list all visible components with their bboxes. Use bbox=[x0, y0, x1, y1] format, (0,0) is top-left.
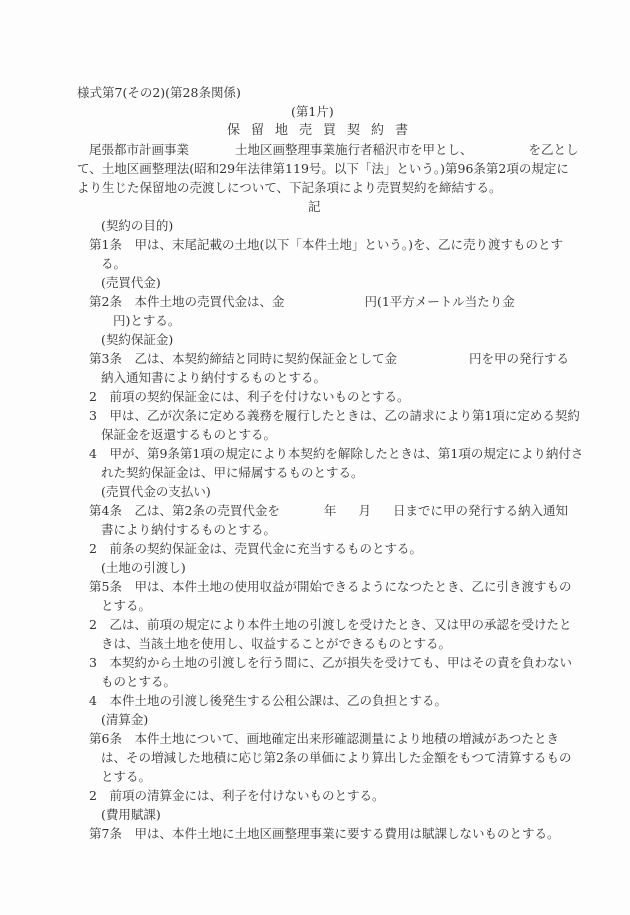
article-5-para-3-line-1: 3 本契約から土地の引渡しを行う間に、乙が損失を受けても、甲はその責を負わない bbox=[89, 653, 572, 672]
article-6-para-2: 2 前項の清算金には、利子を付けないものとする。 bbox=[89, 786, 384, 805]
piece-label: (第1片) bbox=[291, 102, 334, 121]
article-5-para-4: 4 本件土地の引渡し後発生する公租公課は、乙の負担とする。 bbox=[89, 691, 447, 710]
article-7-line-1: 第7条 甲は、本件土地に土地区画整理事業に要する費用は賦課しないものとする。 bbox=[89, 824, 559, 843]
article-3-para-2: 2 前項の契約保証金には、利子を付けないものとする。 bbox=[89, 387, 409, 406]
article-5-para-2-line-2: きは、当該土地を使用し、収益することができるものとする。 bbox=[101, 634, 451, 653]
intro-project: 尾張都市計画事業 bbox=[89, 142, 189, 157]
article-5-para-2-line-1: 2 乙は、前項の規定により本件土地の引渡しを受けたとき、又は甲の承認を受けたと bbox=[89, 615, 571, 634]
article-2-line-1: 第2条 本件土地の売買代金は、金円(1平方メートル当たり金 bbox=[89, 292, 515, 311]
article-3-para-3-line-1: 3 甲は、乙が次条に定める義務を履行したときは、乙の請求により第1項に定める契約 bbox=[89, 406, 580, 425]
article-4-caption: (売買代金の支払い) bbox=[101, 482, 211, 501]
document-page: 様式第7(その2)(第28条関係) (第1片) 保留地売買契約書 尾張都市計画事… bbox=[0, 0, 630, 915]
article-6-line-2: は、その増減した地積に応じ第2条の単価により算出した金額をもつて清算するもの bbox=[101, 748, 571, 767]
article-3-para-4-line-1: 4 甲が、第9条第1項の規定により本契約を解除したときは、第1項の規定により納付… bbox=[89, 444, 583, 463]
ki-heading: 記 bbox=[308, 197, 321, 216]
intro-party-b: を乙とし bbox=[529, 142, 579, 157]
article-3-caption: (契約保証金) bbox=[101, 330, 173, 349]
article-5-caption: (土地の引渡し) bbox=[101, 558, 186, 577]
article-6-line-3: とする。 bbox=[101, 767, 151, 786]
article-6-caption: (清算金) bbox=[101, 710, 148, 729]
intro-line-1: 尾張都市計画事業土地区画整理事業施行者稲沢市を甲とし、を乙とし bbox=[89, 140, 579, 159]
article-3-line-1: 第3条 乙は、本契約締結と同時に契約保証金として金円を甲の発行する bbox=[89, 349, 569, 368]
article-7-caption: (費用賦課) bbox=[101, 805, 161, 824]
article-4-month: 月 bbox=[358, 503, 371, 518]
article-2-price-label: 第2条 本件土地の売買代金は、金 bbox=[89, 294, 284, 309]
intro-line-3: より生じた保留地の売渡しについて、下記条項により売買契約を締結する。 bbox=[77, 178, 502, 197]
article-3-para-3-line-2: 保証金を返還するものとする。 bbox=[101, 425, 276, 444]
article-4-line-2: 書により納付するものとする。 bbox=[101, 520, 276, 539]
article-2-line-2: 円)とする。 bbox=[113, 311, 180, 330]
article-1-line-1: 第1条 甲は、末尾記載の土地(以下「本件土地」という。)を、乙に売り渡すものとす bbox=[89, 235, 563, 254]
article-3-line-2: 納入通知書により納付するものとする。 bbox=[101, 368, 326, 387]
article-4-day-suffix: 日までに甲の発行する納入通知 bbox=[393, 503, 568, 518]
document-title: 保留地売買契約書 bbox=[227, 121, 419, 140]
article-5-line-2: とする。 bbox=[101, 596, 151, 615]
article-1-caption: (契約の目的) bbox=[101, 216, 173, 235]
article-3-deposit-suffix: 円を甲の発行する bbox=[469, 351, 569, 366]
article-3-deposit-label: 第3条 乙は、本契約締結と同時に契約保証金として金 bbox=[89, 351, 397, 366]
article-6-line-1: 第6条 本件土地について、画地確定出来形確認測量により地積の増減があつたとき bbox=[89, 729, 559, 748]
article-5-para-3-line-2: ものとする。 bbox=[101, 672, 176, 691]
article-1-line-2: る。 bbox=[101, 254, 126, 273]
intro-line-2: て、土地区画整理法(昭和29年法律第119号。以下「法」という。)第96条第2項… bbox=[77, 159, 569, 178]
article-2-unit-price-label: 円(1平方メートル当たり金 bbox=[364, 294, 514, 309]
article-2-caption: (売買代金) bbox=[101, 273, 161, 292]
article-4-para-2: 2 前条の契約保証金は、売買代金に充当するものとする。 bbox=[89, 539, 422, 558]
article-4-payment-label: 第4条 乙は、第2条の売買代金を bbox=[89, 503, 280, 518]
intro-party-a: 土地区画整理事業施行者稲沢市を甲とし、 bbox=[235, 142, 473, 157]
article-4-line-1: 第4条 乙は、第2条の売買代金を年月日までに甲の発行する納入通知 bbox=[89, 501, 568, 520]
article-5-line-1: 第5条 甲は、本件土地の使用収益が開始できるようになつたとき、乙に引き渡すもの bbox=[89, 577, 571, 596]
article-4-year: 年 bbox=[324, 503, 337, 518]
article-3-para-4-line-2: れた契約保証金は、甲に帰属するものとする。 bbox=[101, 463, 364, 482]
form-label: 様式第7(その2)(第28条関係) bbox=[77, 83, 241, 102]
